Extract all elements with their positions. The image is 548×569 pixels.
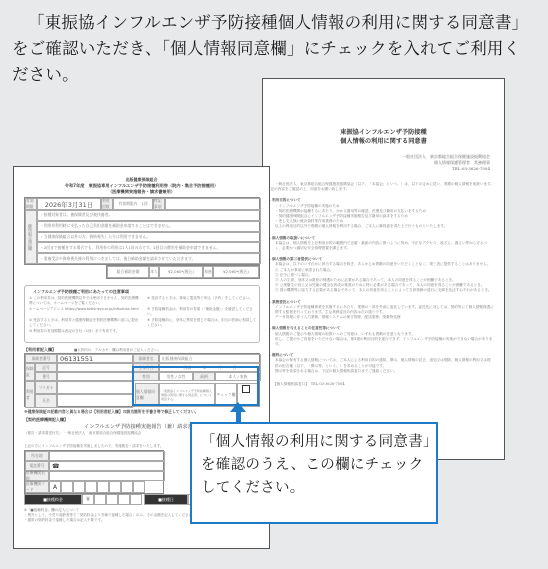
report-title: インフルエンザ予防接種実施報告（兼）請求書: [84, 423, 193, 430]
number-field[interactable]: [57, 372, 133, 381]
clinic-tel-field[interactable]: ☎: [49, 461, 165, 471]
subsidy-self-value: ¥2,060*(税込): [159, 266, 203, 278]
consent-section-line: 但し、ご提示やご同意をいただけない場合は、第1項の利用目的を遂行できず、インフル…: [267, 337, 494, 347]
subsidy-table: 組合補助金額 本人 ¥2,060*(税込) 家族 ¥2,060*(税込): [106, 265, 260, 279]
notice-item: ① この利用券は、契約医療機関以外では使用できません。契約医療機関については、ホ…: [29, 296, 141, 305]
notice-item: ⑥ 予防接種前に、身体に異常を感じた場合は、担当の医師に相談してください。: [147, 318, 259, 327]
validity-date: 2026年3月31日: [45, 200, 93, 209]
clinic-section-heading: 【契約医療機関記入欄】: [24, 417, 68, 423]
clinic-info-table: 所在地 電話番号 ☎ 医療機関名称 医療機関コード A: [24, 450, 164, 494]
voucher-note: ・当健康保険組合以外の方、資格喪失した方は利用できません。: [37, 232, 261, 243]
clinic-code-digit[interactable]: [85, 481, 97, 493]
voucher-note: ・重複受診や資格喪失後の利用につきましては、後日補助金額を請求させていただきます…: [37, 253, 261, 264]
clinic-code-digit[interactable]: [97, 481, 109, 493]
notice-box: インフルエンザ予防接種ご利用にあたっての注意事項 ① この利用券は、契約医療機関…: [24, 285, 260, 343]
callout-line-1: 「個人情報の利用に関する同意書」: [201, 431, 436, 454]
consent-section-line: ⑤ 国の機関等に協力する必要がある場合であって、本人の同意を得ることによって当該…: [267, 288, 494, 293]
kana-field[interactable]: [57, 381, 133, 394]
consent-section-line: データ管理に伴う入力業務、情報システムの保守管理、配送業務、廃棄物処理: [267, 315, 494, 320]
instruction-line-2: をご確認いただき、「個人情報同意欄」にチェックを入れてご利用く: [12, 36, 542, 62]
notice-item: ③ 利用券の有効期限は表記の日付（1回）まで有効です。: [29, 329, 141, 334]
callout-line-2: を確認のうえ、この欄にチェック: [201, 454, 436, 477]
fee-digit[interactable]: [118, 494, 130, 505]
consent-document-body: 一般社団法人 東京都総合組合保健施設振興協会（以下、「本協会」という。）は、以下…: [263, 182, 504, 387]
consent-section-line: 本協会は、以下のいずれかに該当する場合を除き、あらかじめ貴殿の同意をいただくこと…: [267, 262, 494, 267]
consent-section-line: インフルエンザ予防接種事業を実施するにあたり、業務の一部を外部に委託しています。…: [267, 305, 494, 315]
notice-item: ④ 受診するときは、事前に電話等で申込（予約）をしてください。: [147, 296, 259, 301]
fee-digit[interactable]: [130, 494, 142, 505]
voucher-note: ・接種対象者は、被保険者及び被扶養者。: [37, 210, 261, 221]
consent-section-line: 本協会の保有する個人情報については、ご本人による利用目的の通知、開示、個人情報の…: [267, 358, 494, 368]
consent-section-line: 以上の利用目的以外で貴殿の個人情報を利用する場合、ご本人に御同意を得た上で行うも…: [267, 224, 494, 229]
consent-contact: 【個人情報相談窓口】 TEL:03-3626-7504: [267, 382, 494, 387]
callout-line-3: してください。: [201, 477, 436, 500]
clinic-code-digit[interactable]: [73, 481, 85, 493]
notice-item: ⑤ 予防接種料金は、利用券の券面（「補助金額」）を確認してください。: [147, 307, 259, 316]
consent-section-line: 本協会は、個人情報を上記利用目的の範囲内で正確・最新の内容に保つように努め、不正…: [267, 241, 494, 251]
subsidy-family-value: ¥2,060*(税込): [213, 266, 259, 278]
correction-note: ※健康保険証の記載内容と異なる場合は【利用者記入欄】の該当箇所を手書き等で修正し…: [24, 409, 199, 415]
consent-field-highlight: [132, 366, 259, 406]
fee-digit[interactable]: [94, 494, 106, 505]
name-field[interactable]: [57, 394, 133, 408]
notice-item: ホームページアドレス https://www.toshinkyo.or.jp/i…: [29, 307, 141, 312]
consent-checkbox[interactable]: [242, 385, 250, 393]
insurer-number: 06131551: [60, 355, 93, 363]
address-field[interactable]: [49, 451, 165, 461]
clinic-code-digit[interactable]: [133, 481, 145, 493]
instruction-text: 「東振協インフルエンザ予防接種個人情報の利用に関する同意書」 をご確認いただき、…: [12, 10, 542, 88]
consent-document-title: 東振協インフルエンザ予防接種 個人情報の利用に関する同意書: [263, 129, 504, 146]
clinic-code-digit[interactable]: [121, 481, 133, 493]
voucher-note: ・利用券利用時に支払った自己負担金額を補助金申請することはできません。: [37, 221, 261, 232]
callout-box: 「個人情報の利用に関する同意書」 を確認のうえ、この欄にチェック してください。: [190, 422, 438, 524]
voucher-note: ・2回まで接種をする場合でも、利用券の利用は1人1回のみです。2回目の費用を補助…: [37, 242, 261, 253]
fee-digit[interactable]: [106, 494, 118, 505]
voucher-notes: ・接種対象者は、被保険者及び被扶養者。・利用券利用時に支払った自己負担金額を補助…: [37, 210, 261, 264]
consent-document-image: 東振協インフルエンザ予防接種 個人情報の利用に関する同意書 一般社団法人 東京都…: [262, 78, 505, 460]
consent-document-issuer: 一般社団法人 東京都総合組合保健施設振興協会 個人情報保護管理者 常務理事 TE…: [263, 154, 490, 172]
clinic-code-digit[interactable]: [61, 481, 73, 493]
voucher-title: 令和7年度 東振協専用インフルエンザ予防接種利用券（院内・集合予防接種用） （医…: [14, 183, 269, 194]
voucher-validity-table: 有効期限 2026年3月31日 利用回数 有効期限内 1回 特記事項 健保組合通…: [24, 197, 260, 265]
instruction-line-1: 「東振協インフルエンザ予防接種個人情報の利用に関する同意書」: [28, 13, 528, 32]
consent-sections: 1. 利用目的について・インフルエンザ予防接種の実施のため・契約医療機関が接種す…: [267, 198, 494, 374]
clinic-code-digit[interactable]: [109, 481, 121, 493]
symbol-field[interactable]: [57, 363, 133, 372]
notice-item: ② 受診するときは、利用券と健康保険証を契約医療機関の窓口に提出してください。: [29, 318, 141, 327]
clinic-name-field[interactable]: [49, 471, 165, 481]
consent-section-line: 開示等を希望される場合は、下記の個人情報相談窓口までご連絡ください。: [267, 369, 494, 374]
